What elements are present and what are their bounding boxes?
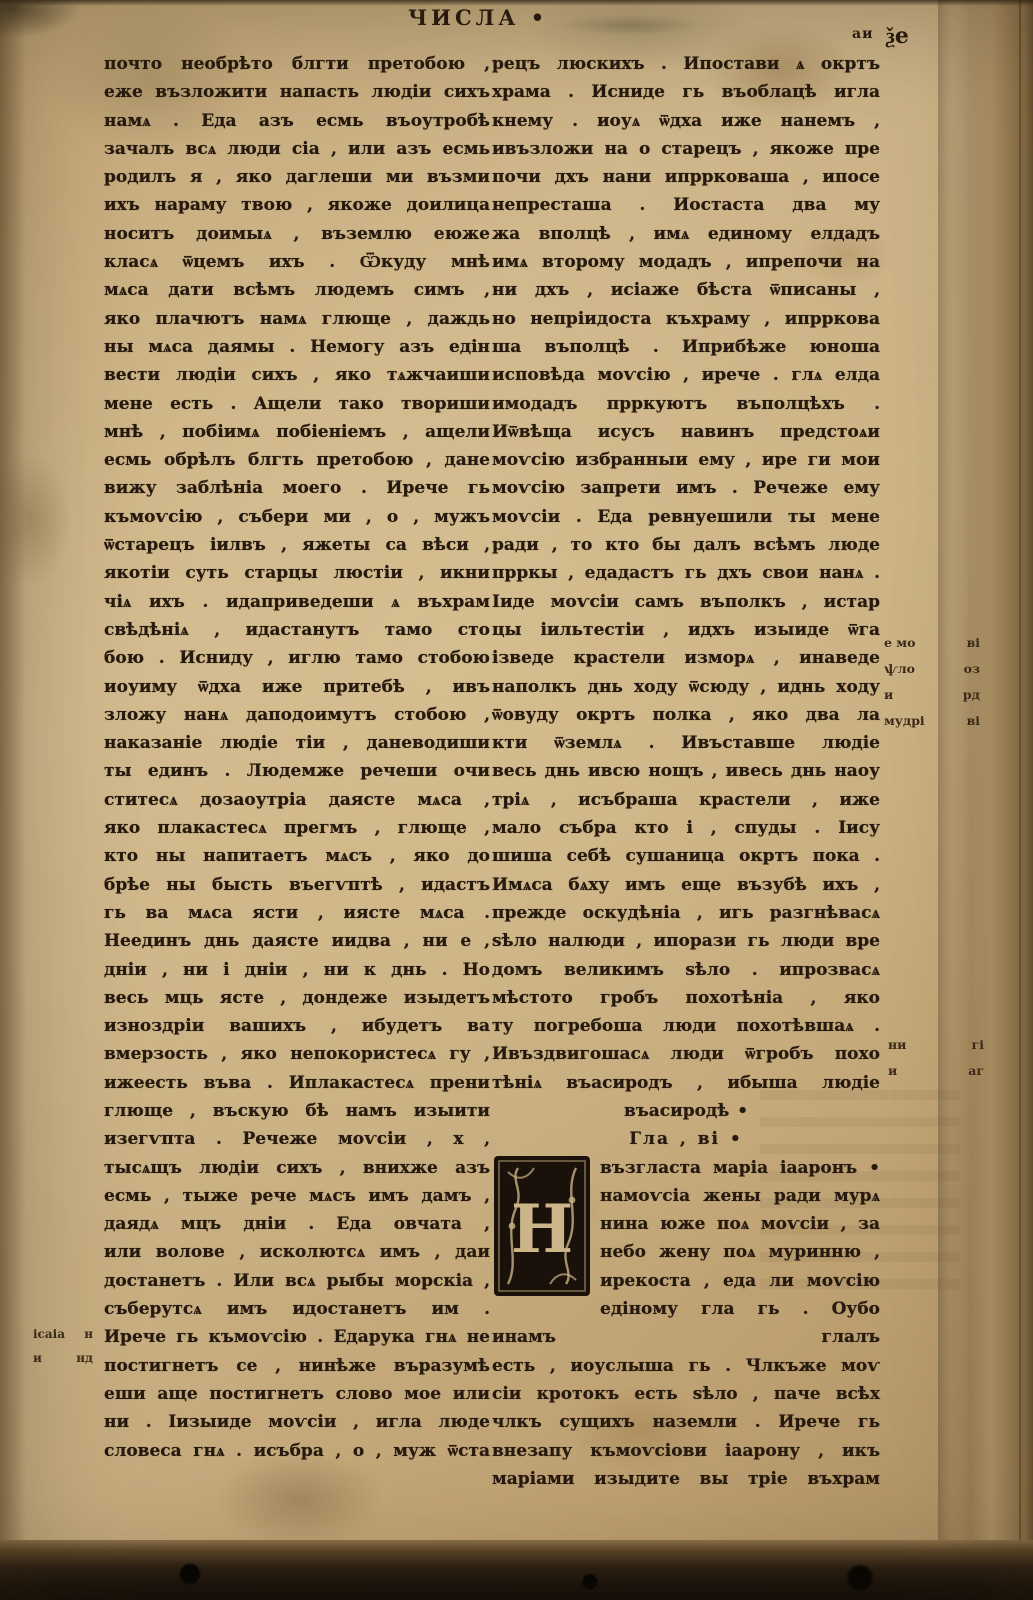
text-line: непресташа . Иостаста два му (492, 191, 880, 219)
text-line: сіи кротокъ есть ѕѣло , паче всѣх (492, 1380, 880, 1408)
text-line: яко плачютъ намѧ глюще , даждь (104, 305, 490, 333)
text-line: Іиде моѵсіи самъ въполкъ , истар (492, 588, 880, 616)
column-text-bottom: едіному гла гь . Оубо инамъ глалъесть , … (492, 1295, 880, 1493)
text-line: имодадъ прркуютъ въполцѣхъ . (492, 390, 880, 418)
book-page-scan: ЧИСЛА • аи ѯе почто необрѣто блгти прето… (0, 0, 1033, 1600)
margin-note-left: ісаіа н и нд (33, 1322, 93, 1370)
text-line: изноздріи вашихъ , ибудетъ ва (104, 1012, 490, 1040)
corner-shadow (0, 0, 110, 55)
text-line: достанетъ . Или всѧ рыбы морскіа , (104, 1267, 490, 1295)
text-line: Имѧса бѧху имъ еще възубѣ ихъ , (492, 871, 880, 899)
text-line: прркы , едадастъ гь дхъ свои нанѧ . (492, 559, 880, 587)
text-line: свѣдѣніѧ , идастанутъ тамо сто (104, 616, 490, 644)
text-line: ша въполцѣ . Иприбѣже юноша (492, 333, 880, 361)
margin-num: рд (963, 682, 980, 708)
margin-note-right-lower: ни гі и аг (888, 1032, 984, 1084)
text-line: весь днь ивсю нощъ , ивесь днь наоу (492, 757, 880, 785)
text-line: ститесѧ дозаоутріа даясте мѧса , (104, 786, 490, 814)
text-line: класѧ ѿцемъ ихъ . Ѿкуду мнѣ (104, 248, 490, 276)
text-line: исповѣда моѵсію , ирече . глѧ елда (492, 361, 880, 389)
text-line: глюще , въскую бѣ намъ изыити (104, 1097, 490, 1125)
text-line: вести людіи сихъ , яко тѧжчаиши (104, 361, 490, 389)
text-line: ижеесть въва . Иплакастесѧ прени (104, 1069, 490, 1097)
text-line: цы іильтестіи , идхъ изыиде ѿга (492, 616, 880, 644)
text-line: есть , иоуслыша гь . Члкъже моѵ (492, 1352, 880, 1380)
margin-note-line: ни гі (888, 1032, 984, 1058)
text-column-left: почто необрѣто блгти претобою ,еже възло… (104, 50, 490, 1465)
text-line: гь ва мѧса ясти , иясте мѧса . (104, 899, 490, 927)
margin-ref: е мо (884, 630, 916, 656)
text-line: ѿстарецъ іилвъ , яжеты са вѣси , (104, 531, 490, 559)
margin-note-line: мудрі ві (884, 708, 980, 734)
margin-note-right-upper: е мо ві ѱло оз и рд мудрі ві (884, 630, 980, 734)
text-line: ѕѣло налюди , ипорази гь люди вре (492, 927, 880, 955)
margin-ref: мудрі (884, 708, 925, 734)
text-line: ни дхъ , исіаже бѣста ѿписаны , (492, 276, 880, 304)
text-line: носитъ доимыѧ , въземлю еюже (104, 220, 490, 248)
margin-num: н (84, 1322, 93, 1346)
margin-note-line: е мо ві (884, 630, 980, 656)
text-line: къмоѵсію , събери ми , о , мужъ (104, 503, 490, 531)
text-line: родилъ я , яко даглеши ми възми (104, 163, 490, 191)
margin-num: оз (964, 656, 980, 682)
text-line: мене есть . Ащели тако твориши (104, 390, 490, 418)
text-line: прежде оскудѣніа , игь разгнѣвасѧ (492, 899, 880, 927)
text-line: мало събра кто і , спуды . Іису (492, 814, 880, 842)
initial-letter-glyph: Н (511, 1190, 573, 1268)
text-line: тріѧ , исъбраша крастели , иже (492, 786, 880, 814)
quire-signature: аи (852, 26, 873, 42)
margin-ref: ісаіа (33, 1322, 65, 1346)
text-line: якотіи суть старцы люстіи , икни (104, 559, 490, 587)
text-line: тысѧщъ людіи сихъ , внихже азъ (104, 1154, 490, 1182)
text-line: мнѣ , побіимѧ побіеніемъ , ащели (104, 418, 490, 446)
text-line: едіному гла гь . Оубо инамъ глалъ (492, 1295, 880, 1352)
text-line: изегѵпта . Речеже моѵсіи , х , (104, 1125, 490, 1153)
text-line: жа вполцѣ , имѧ единому елдадъ (492, 220, 880, 248)
text-line: весь мць ясте , дондеже изыдетъ (104, 984, 490, 1012)
text-line: имѧ второму модадъ , ипрепочи на (492, 248, 880, 276)
text-line: кти ѿземлѧ . Ивъставше людіе (492, 729, 880, 757)
folio-number: ѯе (886, 23, 909, 49)
text-line: моѵсію избранныи ему , ире ги мои (492, 446, 880, 474)
column-text-top: рецъ люскихъ . Ипостави ѧ окртъхрама . И… (492, 50, 880, 1097)
scan-bottom-edge (0, 1540, 1033, 1600)
text-line: еже възложити напасть людіи сихъ (104, 78, 490, 106)
text-line: тѣніѧ въасиродъ , ибыша людіе (492, 1069, 880, 1097)
page-fore-edge (938, 0, 1033, 1600)
text-line: ізведе крастели изморѧ , инаведе (492, 644, 880, 672)
text-line: чіѧ ихъ . идаприведеши ѧ въхрам (104, 588, 490, 616)
text-line: вмерзость , яко непокористесѧ гу , (104, 1040, 490, 1068)
margin-ref: ни (888, 1032, 906, 1058)
text-line: брѣе ны бысть въегѵптѣ , идастъ (104, 871, 490, 899)
text-line: наказаніе людіе тіи , даневодиши (104, 729, 490, 757)
text-line: ни . Іизыиде моѵсіи , игла люде (104, 1408, 490, 1436)
folio-mark: аи ѯе (852, 18, 902, 44)
text-line: дніи , ни і дніи , ни к днь . Но (104, 956, 490, 984)
margin-note-line: и нд (33, 1346, 93, 1370)
text-line: мѣстото гробъ похотѣніа , яко (492, 984, 880, 1012)
margin-num: нд (76, 1346, 93, 1370)
margin-num: ві (967, 708, 980, 734)
text-line: моѵсіи . Еда ревнуешили ты мене (492, 503, 880, 531)
chapter-block: Н възгласта маріа іааронъ •намоѵсіа жены… (492, 1154, 880, 1494)
text-line: зложу нанѧ даподоимутъ стобою , (104, 701, 490, 729)
text-line: наполкъ днь ходу ѿсюду , иднь ходу (492, 673, 880, 701)
ink-bleed-smudge (520, 8, 740, 42)
text-line: есмь , тыже рече мѧсъ имъ дамъ , (104, 1182, 490, 1210)
margin-note-line: и аг (888, 1058, 984, 1084)
margin-note-line: ісаіа н (33, 1322, 93, 1346)
text-line: Ирече гь къмоѵсію . Едарука гнѧ не (104, 1323, 490, 1351)
text-line: ѿовуду окртъ полка , яко два ла (492, 701, 880, 729)
text-line: Иѿвѣща исусъ навинъ предстоѧи (492, 418, 880, 446)
text-line: но непріидоста къхраму , ипрркова (492, 305, 880, 333)
text-line: ради , то кто бы далъ всѣмъ люде (492, 531, 880, 559)
text-line: намѧ . Еда азъ есмь въоутробѣ (104, 107, 490, 135)
text-line: словеса гнѧ . исъбра , о , муж ѿста (104, 1437, 490, 1465)
text-line: внезапу къмоѵсіови іаарону , икъ (492, 1437, 880, 1465)
text-line: члкъ сущихъ наземли . Ирече гь (492, 1408, 880, 1436)
margin-ref: и (888, 1058, 897, 1084)
text-line: съберутсѧ имъ идостанетъ им . (104, 1295, 490, 1323)
text-line: храма . Исниде гь въоблацѣ игла (492, 78, 880, 106)
text-line: рецъ люскихъ . Ипостави ѧ окртъ (492, 50, 880, 78)
page-gutter-edge (0, 0, 26, 1600)
text-line: кнему . иоуѧ ѿдха иже нанемъ , (492, 107, 880, 135)
margin-note-line: ѱло оз (884, 656, 980, 682)
centered-line: въасиродѣ • (492, 1097, 880, 1125)
text-line: маріами изыдите вы тріе въхрам (492, 1465, 880, 1493)
margin-ref: и (33, 1346, 42, 1370)
text-line: постигнетъ се , нинѣже въразумѣ (104, 1352, 490, 1380)
text-line: есмь обрѣлъ блгть претобою , дане (104, 446, 490, 474)
margin-num: ві (967, 630, 980, 656)
text-line: или волове , исколютсѧ имъ , даи (104, 1238, 490, 1266)
text-line: яко плакастесѧ прегмъ , глюще , (104, 814, 490, 842)
text-column-right: рецъ люскихъ . Ипостави ѧ окртъхрама . И… (492, 50, 880, 1493)
text-line: Ивъздвигошасѧ люди ѿгробъ похо (492, 1040, 880, 1068)
text-line: Неединъ днь даясте иидва , ни е , (104, 927, 490, 955)
text-line: почи дхъ нани ипррковаша , ипосе (492, 163, 880, 191)
text-line: иоуиму ѿдха иже притебѣ , ивъ (104, 673, 490, 701)
text-line: моѵсію запрети имъ . Речеже ему (492, 474, 880, 502)
woodcut-initial: Н (494, 1156, 590, 1296)
chapter-heading: Гла , ві • (492, 1125, 880, 1153)
text-line: ты единъ . Людемже речеши очи (104, 757, 490, 785)
text-line: ту погребоша люди похотѣвшаѧ . (492, 1012, 880, 1040)
text-line: ны мѧса даямы . Немогу азъ едін (104, 333, 490, 361)
text-line: почто необрѣто блгти претобою , (104, 50, 490, 78)
text-line: бою . Исниду , иглю тамо стобою (104, 644, 490, 672)
running-header: ЧИСЛА • (408, 5, 548, 30)
text-line: домъ великимъ ѕѣло . ипрозвасѧ (492, 956, 880, 984)
text-line: вижу заблѣніа моего . Ирече гь (104, 474, 490, 502)
margin-ref: ѱло (884, 656, 915, 682)
text-line: даядѧ мцъ дніи . Еда овчата , (104, 1210, 490, 1238)
margin-num: гі (972, 1032, 984, 1058)
text-line: ивъзложи на о старецъ , якоже пре (492, 135, 880, 163)
margin-note-line: и рд (884, 682, 980, 708)
text-line: еши аще постигнетъ слово мое или (104, 1380, 490, 1408)
text-line: мѧса дати всѣмъ людемъ симъ , (104, 276, 490, 304)
margin-num: аг (968, 1058, 984, 1084)
woodcut-initial-art: Н (494, 1156, 590, 1296)
text-line: шиша себѣ сушаница окртъ пока . (492, 842, 880, 870)
text-line: кто ны напитаетъ мѧсъ , яко до (104, 842, 490, 870)
margin-ref: и (884, 682, 893, 708)
text-line: зачалъ всѧ люди сіа , или азъ есмь (104, 135, 490, 163)
text-line: ихъ нараму твою , якоже доилица (104, 191, 490, 219)
